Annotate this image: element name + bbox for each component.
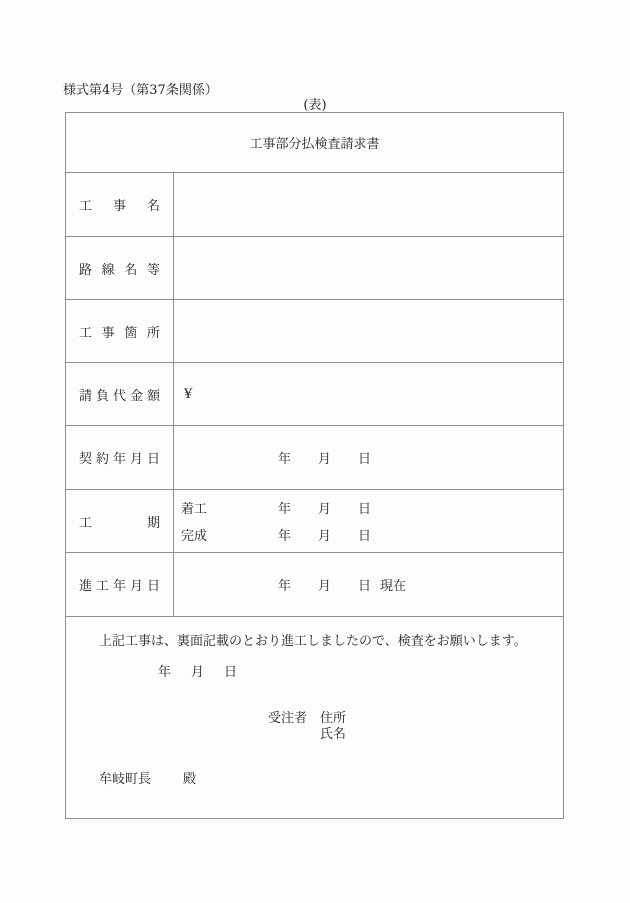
construction-period-label: 工期: [79, 512, 160, 531]
year-label: 年: [278, 448, 291, 467]
row-construction-period: 工期 着工 年 月 日 完成 年 月 日: [66, 490, 563, 553]
construction-site-label: 工事箇所: [79, 322, 160, 341]
day-label: 日: [358, 448, 371, 467]
contract-amount-label-cell: 請負代金額: [66, 363, 174, 425]
row-contract-date: 契約年月日 年 月 日: [66, 426, 563, 490]
start-label: 着工: [181, 498, 278, 517]
row-construction-name: 工事名: [66, 173, 563, 237]
table-title-row: 工事部分払検査請求書: [66, 113, 563, 173]
contract-amount-label: 請負代金額: [79, 385, 160, 404]
contract-amount-field: ¥: [174, 363, 563, 425]
day-label: 日: [358, 525, 371, 544]
row-construction-site: 工事箇所: [66, 300, 563, 363]
contract-date-field: 年 月 日: [174, 426, 563, 489]
construction-name-field: [174, 173, 563, 236]
year-label: 年: [278, 575, 291, 594]
contract-date-label-cell: 契約年月日: [66, 426, 174, 489]
contract-date-placeholder: 年 月 日: [278, 448, 371, 467]
addressee-line: 牟岐町長殿: [99, 768, 196, 787]
day-label: 日: [358, 498, 371, 517]
contractor-block: 受注者 住所 氏名: [268, 711, 346, 743]
construction-period-label-cell: 工期: [66, 490, 174, 552]
row-progress-date: 進工年月日 年 月 日 現在: [66, 553, 563, 617]
start-date-placeholder: 年 月 日: [278, 498, 371, 517]
yen-symbol: ¥: [184, 387, 192, 402]
contract-date-label: 契約年月日: [79, 448, 160, 467]
progress-date-label: 進工年月日: [79, 575, 160, 594]
address-label: 住所: [320, 711, 346, 727]
route-name-label: 路線名等: [79, 259, 160, 278]
day-label: 日: [224, 661, 237, 680]
progress-date-field: 年 月 日 現在: [174, 553, 563, 616]
year-label: 年: [278, 525, 291, 544]
footer-section: 上記工事は、裏面記載のとおり進工しましたので、検査をお願いします。 年 月 日 …: [66, 617, 563, 818]
addressee-label: 牟岐町長: [99, 772, 151, 787]
year-label: 年: [158, 661, 171, 680]
construction-site-label-cell: 工事箇所: [66, 300, 174, 362]
honorific-label: 殿: [183, 772, 196, 787]
contractor-label: 受注者: [268, 711, 307, 727]
contractor-address-name: 住所 氏名: [320, 711, 346, 743]
name-label: 氏名: [320, 727, 346, 743]
request-sentence: 上記工事は、裏面記載のとおり進工しましたので、検査をお願いします。: [99, 630, 527, 649]
completion-label: 完成: [181, 525, 278, 544]
row-route-name: 路線名等: [66, 237, 563, 300]
request-form-table: 工事部分払検査請求書 工事名 路線名等 工事箇所 請負代金額 ¥: [65, 112, 564, 819]
progress-date-placeholder: 年 月 日 現在: [278, 575, 406, 594]
footer-date-placeholder: 年 月 日: [158, 661, 237, 680]
month-label: 月: [318, 525, 331, 544]
route-name-field: [174, 237, 563, 299]
progress-date-label-cell: 進工年月日: [66, 553, 174, 616]
construction-site-field: [174, 300, 563, 362]
completion-date-placeholder: 年 月 日: [278, 525, 371, 544]
day-label: 日: [358, 575, 371, 594]
construction-name-label-cell: 工事名: [66, 173, 174, 236]
row-contract-amount: 請負代金額 ¥: [66, 363, 563, 426]
as-of-label: 現在: [380, 575, 406, 594]
month-label: 月: [318, 575, 331, 594]
document-page: 様式第4号（第37条関係） (表) 工事部分払検査請求書 工事名 路線名等 工事…: [0, 0, 630, 903]
construction-name-label: 工事名: [79, 195, 160, 214]
period-start-line: 着工 年 月 日: [174, 498, 563, 517]
year-label: 年: [278, 498, 291, 517]
month-label: 月: [191, 661, 204, 680]
month-label: 月: [318, 498, 331, 517]
form-title: 工事部分払検査請求書: [249, 133, 379, 152]
route-name-label-cell: 路線名等: [66, 237, 174, 299]
month-label: 月: [318, 448, 331, 467]
construction-period-field: 着工 年 月 日 完成 年 月 日: [174, 490, 563, 552]
period-completion-line: 完成 年 月 日: [174, 525, 563, 544]
side-label: (表): [0, 94, 630, 113]
